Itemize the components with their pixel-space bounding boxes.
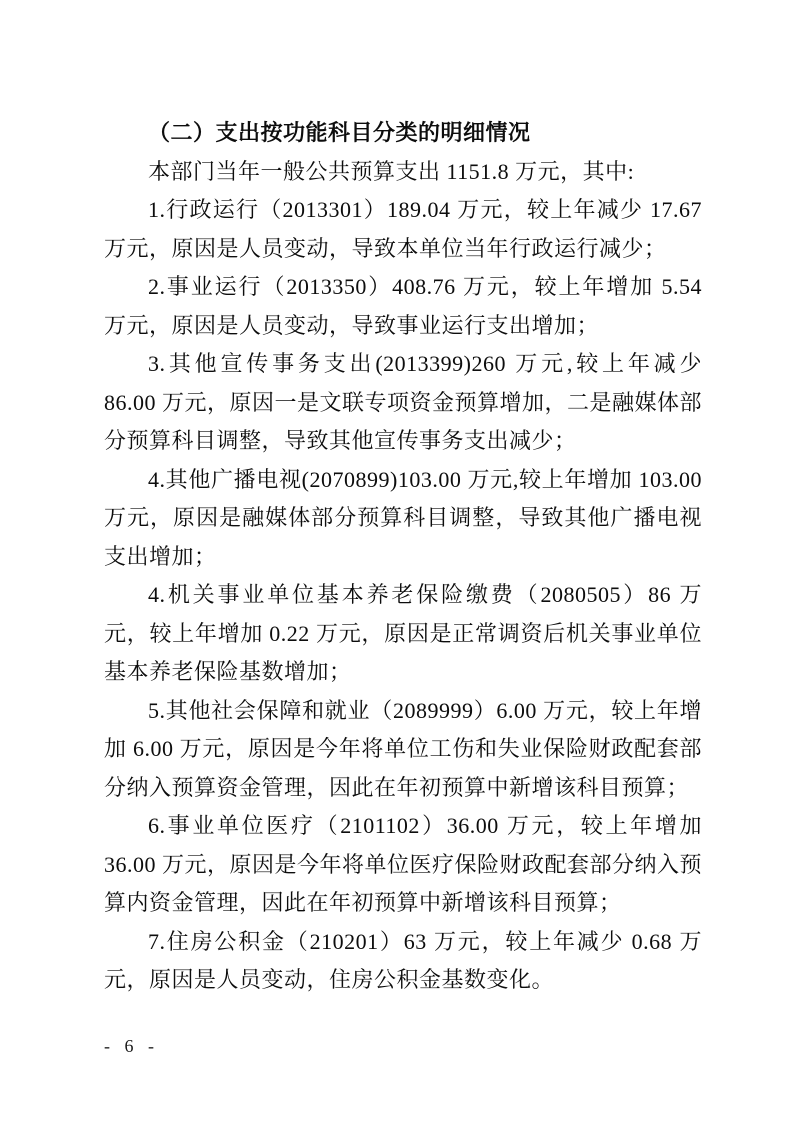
paragraph-item-5-other-social-security: 5.其他社会保障和就业（2089999）6.00 万元，较上年增加 6.00 万… (104, 692, 702, 808)
paragraph-item-1-administrative-operation: 1.行政运行（2013301）189.04 万元，较上年减少 17.67 万元，… (104, 191, 702, 268)
paragraph-item-6-institution-medical: 6.事业单位医疗（2101102）36.00 万元，较上年增加 36.00 万元… (104, 807, 702, 923)
paragraph-item-2-institution-operation: 2.事业运行（2013350）408.76 万元，较上年增加 5.54 万元，原… (104, 268, 702, 345)
document-page: （二）支出按功能科目分类的明细情况 本部门当年一般公共预算支出 1151.8 万… (0, 0, 793, 1122)
section-heading: （二）支出按功能科目分类的明细情况 (104, 114, 702, 153)
paragraph-item-4-basic-pension-contribution: 4.机关事业单位基本养老保险缴费（2080505）86 万元，较上年增加 0.2… (104, 576, 702, 692)
paragraph-item-7-housing-fund: 7.住房公积金（210201）63 万元，较上年减少 0.68 万元，原因是人员… (104, 923, 702, 1000)
paragraph-item-4-other-broadcast-tv: 4.其他广播电视(2070899)103.00 万元,较上年增加 103.00 … (104, 461, 702, 577)
paragraph-intro: 本部门当年一般公共预算支出 1151.8 万元，其中: (104, 153, 702, 192)
page-number: - 6 - (104, 1034, 159, 1058)
paragraph-item-3-other-publicity-affairs: 3.其他宣传事务支出(2013399)260 万元,较上年减少 86.00 万元… (104, 345, 702, 461)
document-body: （二）支出按功能科目分类的明细情况 本部门当年一般公共预算支出 1151.8 万… (104, 114, 702, 1000)
